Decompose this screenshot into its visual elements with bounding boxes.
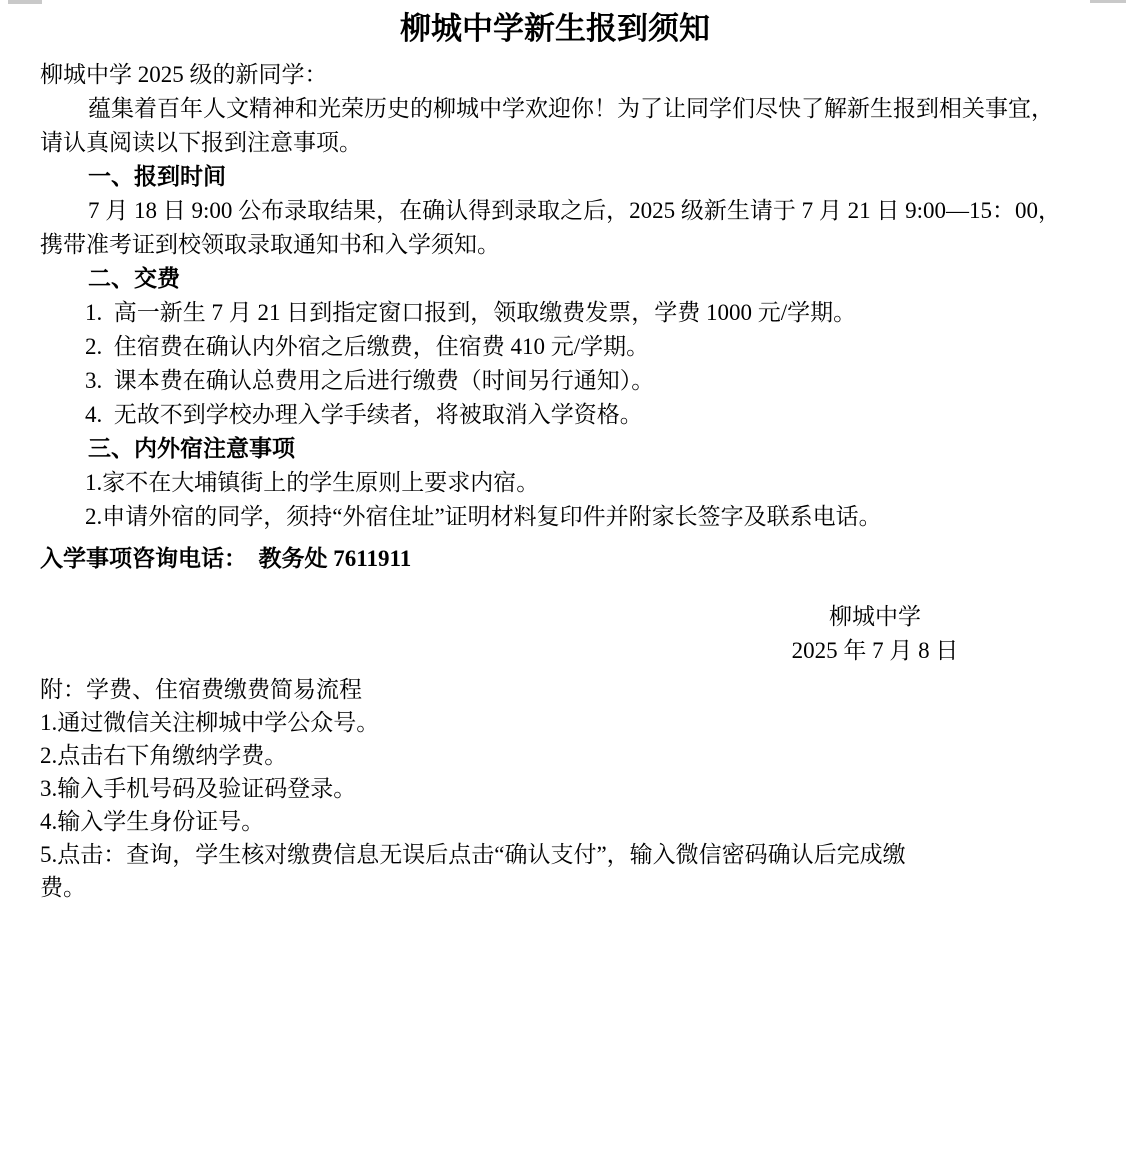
appendix-step-2: 2.点击右下角缴纳学费。	[40, 739, 1070, 772]
fee-item-4: 4. 无故不到学校办理入学手续者，将被取消入学资格。	[40, 398, 1070, 432]
section-fees-heading: 二、交费	[40, 262, 1070, 296]
document-page: 柳城中学新生报到须知 柳城中学 2025 级的新同学： 蕴集着百年人文精神和光荣…	[40, 8, 1070, 904]
fee-item-2: 2. 住宿费在确认内外宿之后缴费，住宿费 410 元/学期。	[40, 330, 1070, 364]
signature-date: 2025 年 7 月 8 日	[765, 634, 985, 668]
scan-artifact-right	[1090, 0, 1126, 3]
intro-paragraph: 蕴集着百年人文精神和光荣历史的柳城中学欢迎你！为了让同学们尽快了解新生报到相关事…	[40, 92, 1070, 160]
appendix-step-4: 4.输入学生身份证号。	[40, 805, 1070, 838]
boarding-item-1: 1.家不在大埔镇街上的学生原则上要求内宿。	[40, 466, 1070, 500]
fee-item-3: 3. 课本费在确认总费用之后进行缴费（时间另行通知）。	[40, 364, 1070, 398]
scan-artifact-left	[8, 0, 42, 4]
contact-phone-line: 入学事项咨询电话： 教务处 7611911	[40, 542, 1070, 576]
appendix-step-1: 1.通过微信关注柳城中学公众号。	[40, 706, 1070, 739]
appendix-step-5: 5.点击：查询，学生核对缴费信息无误后点击“确认支付”，输入微信密码确认后完成缴…	[40, 838, 1070, 904]
boarding-item-2: 2.申请外宿的同学，须持“外宿住址”证明材料复印件并附家长签字及联系电话。	[40, 500, 1070, 534]
page-title: 柳城中学新生报到须知	[40, 8, 1070, 50]
section-boarding-heading: 三、内外宿注意事项	[40, 432, 1070, 466]
fee-item-1: 1. 高一新生 7 月 21 日到指定窗口报到，领取缴费发票，学费 1000 元…	[40, 296, 1070, 330]
appendix-step-3: 3.输入手机号码及验证码登录。	[40, 772, 1070, 805]
signature-block: 柳城中学 2025 年 7 月 8 日	[765, 600, 985, 668]
section-report-time-body: 7 月 18 日 9:00 公布录取结果，在确认得到录取之后，2025 级新生请…	[40, 194, 1070, 262]
appendix-heading: 附：学费、住宿费缴费简易流程	[40, 673, 1070, 706]
signature-school: 柳城中学	[765, 600, 985, 634]
section-report-time-heading: 一、报到时间	[40, 160, 1070, 194]
greeting-line: 柳城中学 2025 级的新同学：	[40, 58, 1070, 92]
